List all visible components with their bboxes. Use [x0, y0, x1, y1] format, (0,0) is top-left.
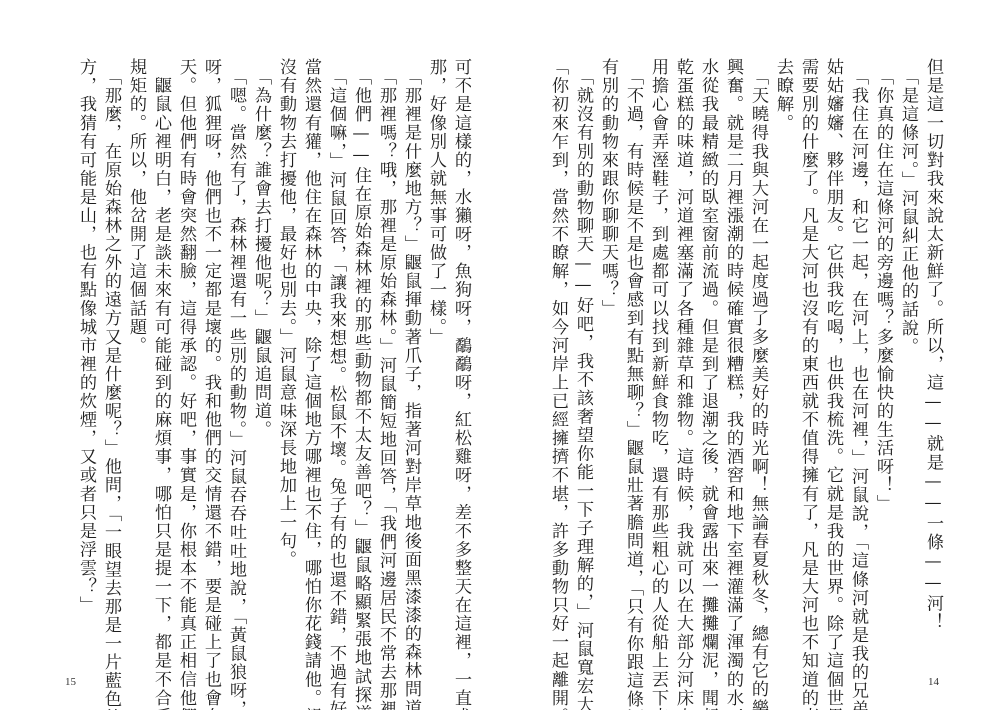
text-column: 沒有動物去打擾他，最好也別去。」河鼠意味深長地加上一句。: [275, 58, 297, 628]
text-column: 可不是這樣的，水獺呀，魚狗呀，鷸鷸呀，紅松雞呀，差不多整天在這裡，一直求著你做這…: [450, 58, 472, 628]
right-page: 但是這一切對我來說太新鮮了。所以，這——就是——一條——河！ 「是這條河。」河鼠…: [500, 0, 1000, 710]
text-column: 「為什麼？誰會去打擾他呢？」鼴鼠追問道。: [250, 58, 272, 628]
text-column: 方，我猜有可能是山，也有點像城市裡的炊煙，又或者只是浮雲？」: [75, 58, 97, 628]
text-column: 當然還有獾，他住在森林的中央，除了這個地方哪裡也不住，哪怕你花錢請他。親愛的獾呦…: [300, 58, 322, 628]
page-number: 14: [928, 676, 939, 688]
text-column: 那，好像別人就無事可做了一樣。」: [425, 58, 447, 628]
text-column: 天。但他們有時會突然翻臉，這得承認。好吧，事實是，你根本不能真正相信他們。」: [175, 58, 197, 628]
text-column: 鼴鼠心裡明白，老是談未來有可能碰到的麻煩事，哪怕只是提一下，都是不合乎動物界的: [150, 58, 172, 628]
text-column: 用擔心會弄溼鞋子，到處都可以找到新鮮食物吃，還有那些粗心的人從船上丟下來的東西。…: [647, 58, 669, 628]
text-column: 需要別的什麼了。凡是大河也沒有的東西就不值得擁有了，凡是大河也不知道的事物就不值…: [797, 58, 819, 628]
text-column: 「是這條河。」河鼠糾正他的話說。: [897, 58, 919, 628]
text-column: 「我住在河邊，和它一起，在河上，也在河裡，」河鼠說，「這條河就是我的兄弟姊妹、: [847, 58, 869, 628]
text-column: 「天曉得我與大河在一起度過了多麼美好的時光啊！無論春夏秋冬，總有它的樂趣，令人: [747, 58, 769, 628]
text-column: 「那麼，在原始森林之外的遠方又是什麼呢？」他問，「一眼望去那是一片藍色的模糊地: [100, 58, 122, 628]
text-column: 「嗯。當然有了，森林裡還有一些別的動物。」河鼠吞吞吐吐地說，「黃鼠狼呀，鼬鼠: [225, 58, 247, 628]
text-column: 「這個嘛，」河鼠回答，「讓我來想想。松鼠不壞。兔子有的也還不錯，不過有好有壞。: [325, 58, 347, 628]
text-column: 有別的動物來跟你聊聊天嗎？」: [597, 58, 619, 628]
text-column: 呀，狐狸呀，他們也不一定都是壞的。我和他們的交情還不錯，要是碰上了也會在一起玩一: [200, 58, 222, 628]
text-column: 「就沒有別的動物聊天——好吧，我不該奢望你能一下子理解的，」河鼠寬宏大量地說，: [572, 58, 594, 628]
text-column: 規矩的。所以，他岔開了這個話題。: [125, 58, 147, 628]
text-column: 「你初來乍到，當然不瞭解，如今河岸上已經擁擠不堪，許多動物只好一起離開。噢，從前: [547, 58, 569, 628]
text-column: 興奮。就是二月裡漲潮的時候確實很糟糕，我的酒窖和地下室裡灌滿了渾濁的水，黃褐色的…: [722, 58, 744, 628]
text-column: 乾蛋糕的味道，河道裡塞滿了各種雜草和雜物。這時候，我就可以在大部分河床上閒逛了，…: [672, 58, 694, 628]
text-column: 「不過，有時候是不是也會感到有點無聊？」鼴鼠壯著膽問道，「只有你跟這條河，就沒: [622, 58, 644, 628]
page-number: 15: [65, 676, 76, 688]
text-column: 姑姑嬸嬸、夥伴朋友。它供我吃喝，也供我梳洗。它就是我的世界。除了這個世界，我再也…: [822, 58, 844, 628]
text-column: 「那裡嗎？哦，那裡是原始森林。」河鼠簡短地回答，「我們河邊居民不常去那裡。」: [375, 58, 397, 628]
text-column: 去瞭解。: [772, 58, 794, 628]
text-column: 「你真的住在這條河的旁邊嗎？多麼愉快的生活呀！」: [872, 58, 894, 628]
text-column: 「那裡是什麼地方？」鼴鼠揮動著爪子，指著河對岸草地後面黑漆漆的森林問道。: [400, 58, 422, 628]
text-column: 「他們——住在原始森林裡的那些動物都不太友善吧？」鼴鼠略顯緊張地試探道。: [350, 58, 372, 628]
text-column: 水從我最精緻的臥室窗前流過。但是到了退潮之後，就會露出來一攤攤爛泥，聞起來像是葡…: [697, 58, 719, 628]
left-page: 可不是這樣的，水獺呀，魚狗呀，鷸鷸呀，紅松雞呀，差不多整天在這裡，一直求著你做這…: [0, 0, 500, 710]
text-column: 但是這一切對我來說太新鮮了。所以，這——就是——一條——河！: [922, 58, 944, 628]
